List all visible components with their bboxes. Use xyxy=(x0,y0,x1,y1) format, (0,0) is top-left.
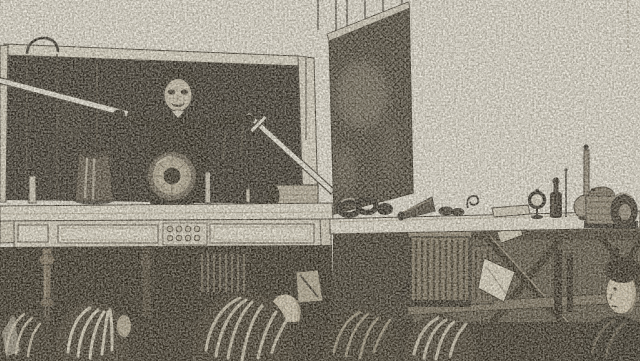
sepia-cast xyxy=(0,0,640,361)
engraving-figure xyxy=(0,0,640,361)
engraving-canvas xyxy=(0,0,640,361)
